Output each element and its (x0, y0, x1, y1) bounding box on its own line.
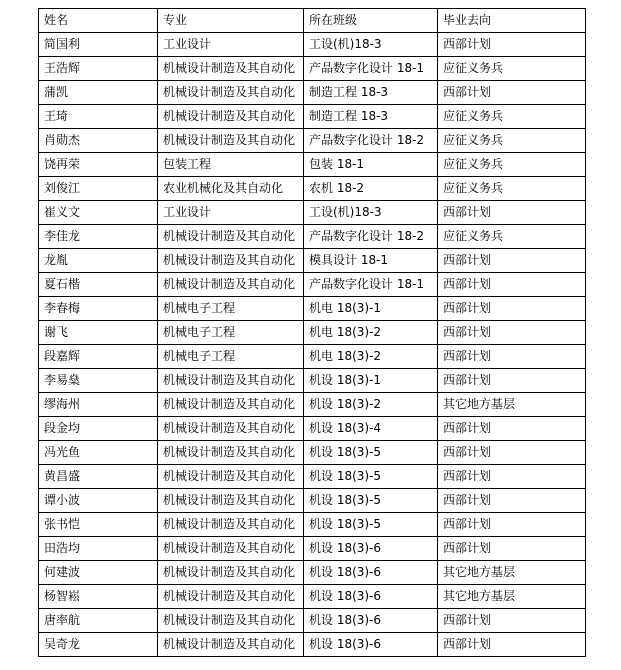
cell-class: 农机 18-2 (304, 177, 438, 201)
cell-destination: 西部计划 (438, 33, 586, 57)
graduate-destination-table: 姓名 专业 所在班级 毕业去向 简国利工业设计工设(机)18-3西部计划王浩辉机… (38, 8, 586, 657)
table-row: 李佳龙机械设计制造及其自动化产品数字化设计 18-2应征义务兵 (39, 225, 586, 249)
table-row: 唐率航机械设计制造及其自动化机设 18(3)-6西部计划 (39, 609, 586, 633)
cell-name: 段金均 (39, 417, 158, 441)
cell-major: 农业机械化及其自动化 (158, 177, 304, 201)
table-row: 吴奇龙机械设计制造及其自动化机设 18(3)-6西部计划 (39, 633, 586, 657)
cell-class: 工设(机)18-3 (304, 33, 438, 57)
cell-destination: 西部计划 (438, 81, 586, 105)
cell-class: 产品数字化设计 18-1 (304, 57, 438, 81)
cell-class: 机设 18(3)-6 (304, 609, 438, 633)
cell-name: 夏石楷 (39, 273, 158, 297)
cell-major: 机械设计制造及其自动化 (158, 105, 304, 129)
table-row: 蒲凯机械设计制造及其自动化制造工程 18-3西部计划 (39, 81, 586, 105)
table-row: 田浩均机械设计制造及其自动化机设 18(3)-6西部计划 (39, 537, 586, 561)
cell-destination: 西部计划 (438, 249, 586, 273)
cell-name: 王琦 (39, 105, 158, 129)
cell-name: 饶再荣 (39, 153, 158, 177)
cell-class: 机设 18(3)-5 (304, 441, 438, 465)
cell-name: 缪海州 (39, 393, 158, 417)
cell-name: 李易燊 (39, 369, 158, 393)
cell-name: 李春梅 (39, 297, 158, 321)
cell-destination: 西部计划 (438, 489, 586, 513)
cell-class: 机设 18(3)-6 (304, 561, 438, 585)
cell-destination: 西部计划 (438, 273, 586, 297)
table-row: 简国利工业设计工设(机)18-3西部计划 (39, 33, 586, 57)
cell-major: 机械电子工程 (158, 297, 304, 321)
table-row: 崔义文工业设计工设(机)18-3西部计划 (39, 201, 586, 225)
cell-destination: 西部计划 (438, 633, 586, 657)
table-row: 谭小波机械设计制造及其自动化机设 18(3)-5西部计划 (39, 489, 586, 513)
cell-name: 王浩辉 (39, 57, 158, 81)
cell-class: 机设 18(3)-6 (304, 585, 438, 609)
table-row: 肖勋杰机械设计制造及其自动化产品数字化设计 18-2应征义务兵 (39, 129, 586, 153)
cell-class: 机设 18(3)-5 (304, 465, 438, 489)
cell-major: 机械设计制造及其自动化 (158, 249, 304, 273)
header-major: 专业 (158, 9, 304, 33)
cell-major: 工业设计 (158, 201, 304, 225)
cell-major: 机械设计制造及其自动化 (158, 273, 304, 297)
cell-destination: 应征义务兵 (438, 153, 586, 177)
cell-class: 机设 18(3)-2 (304, 393, 438, 417)
cell-destination: 其它地方基层 (438, 393, 586, 417)
cell-major: 机械电子工程 (158, 345, 304, 369)
cell-major: 机械设计制造及其自动化 (158, 513, 304, 537)
cell-destination: 西部计划 (438, 345, 586, 369)
cell-major: 机械设计制造及其自动化 (158, 489, 304, 513)
cell-name: 蒲凯 (39, 81, 158, 105)
cell-name: 谢飞 (39, 321, 158, 345)
cell-class: 工设(机)18-3 (304, 201, 438, 225)
cell-name: 杨智崧 (39, 585, 158, 609)
table-row: 王琦机械设计制造及其自动化制造工程 18-3应征义务兵 (39, 105, 586, 129)
cell-name: 段嘉辉 (39, 345, 158, 369)
cell-major: 机械设计制造及其自动化 (158, 129, 304, 153)
cell-name: 张书恺 (39, 513, 158, 537)
cell-destination: 其它地方基层 (438, 585, 586, 609)
cell-major: 机械设计制造及其自动化 (158, 417, 304, 441)
cell-destination: 西部计划 (438, 441, 586, 465)
table-row: 谢飞机械电子工程机电 18(3)-2西部计划 (39, 321, 586, 345)
cell-destination: 应征义务兵 (438, 177, 586, 201)
cell-major: 机械设计制造及其自动化 (158, 609, 304, 633)
header-class: 所在班级 (304, 9, 438, 33)
table-row: 王浩辉机械设计制造及其自动化产品数字化设计 18-1应征义务兵 (39, 57, 586, 81)
cell-class: 机设 18(3)-4 (304, 417, 438, 441)
header-destination: 毕业去向 (438, 9, 586, 33)
cell-destination: 西部计划 (438, 297, 586, 321)
cell-class: 机设 18(3)-6 (304, 633, 438, 657)
cell-name: 唐率航 (39, 609, 158, 633)
cell-major: 机械设计制造及其自动化 (158, 537, 304, 561)
cell-destination: 西部计划 (438, 465, 586, 489)
cell-destination: 西部计划 (438, 513, 586, 537)
cell-major: 包装工程 (158, 153, 304, 177)
cell-name: 冯光鱼 (39, 441, 158, 465)
table-row: 段金均机械设计制造及其自动化机设 18(3)-4西部计划 (39, 417, 586, 441)
cell-destination: 其它地方基层 (438, 561, 586, 585)
cell-class: 制造工程 18-3 (304, 105, 438, 129)
cell-class: 机电 18(3)-2 (304, 345, 438, 369)
cell-name: 崔义文 (39, 201, 158, 225)
cell-destination: 应征义务兵 (438, 57, 586, 81)
cell-class: 机设 18(3)-6 (304, 537, 438, 561)
header-name: 姓名 (39, 9, 158, 33)
cell-destination: 西部计划 (438, 321, 586, 345)
table-row: 黄昌盛机械设计制造及其自动化机设 18(3)-5西部计划 (39, 465, 586, 489)
cell-destination: 西部计划 (438, 417, 586, 441)
cell-class: 机设 18(3)-5 (304, 513, 438, 537)
cell-destination: 应征义务兵 (438, 105, 586, 129)
table-row: 龙胤机械设计制造及其自动化模具设计 18-1西部计划 (39, 249, 586, 273)
table-row: 饶再荣包装工程包装 18-1应征义务兵 (39, 153, 586, 177)
cell-name: 李佳龙 (39, 225, 158, 249)
table-row: 张书恺机械设计制造及其自动化机设 18(3)-5西部计划 (39, 513, 586, 537)
cell-name: 谭小波 (39, 489, 158, 513)
cell-destination: 应征义务兵 (438, 129, 586, 153)
graduate-destination-table-container: 姓名 专业 所在班级 毕业去向 简国利工业设计工设(机)18-3西部计划王浩辉机… (38, 8, 586, 657)
cell-name: 龙胤 (39, 249, 158, 273)
cell-destination: 西部计划 (438, 369, 586, 393)
table-row: 夏石楷机械设计制造及其自动化产品数字化设计 18-1西部计划 (39, 273, 586, 297)
cell-class: 机设 18(3)-1 (304, 369, 438, 393)
cell-class: 产品数字化设计 18-1 (304, 273, 438, 297)
cell-major: 工业设计 (158, 33, 304, 57)
cell-major: 机械设计制造及其自动化 (158, 585, 304, 609)
cell-class: 模具设计 18-1 (304, 249, 438, 273)
table-row: 刘俊江农业机械化及其自动化农机 18-2应征义务兵 (39, 177, 586, 201)
cell-class: 产品数字化设计 18-2 (304, 129, 438, 153)
cell-major: 机械设计制造及其自动化 (158, 81, 304, 105)
cell-name: 肖勋杰 (39, 129, 158, 153)
cell-name: 简国利 (39, 33, 158, 57)
cell-major: 机械设计制造及其自动化 (158, 57, 304, 81)
cell-major: 机械设计制造及其自动化 (158, 369, 304, 393)
table-row: 杨智崧机械设计制造及其自动化机设 18(3)-6其它地方基层 (39, 585, 586, 609)
cell-class: 机设 18(3)-5 (304, 489, 438, 513)
table-row: 李易燊机械设计制造及其自动化机设 18(3)-1西部计划 (39, 369, 586, 393)
cell-destination: 西部计划 (438, 537, 586, 561)
cell-major: 机械设计制造及其自动化 (158, 225, 304, 249)
cell-name: 刘俊江 (39, 177, 158, 201)
cell-name: 何建波 (39, 561, 158, 585)
cell-class: 制造工程 18-3 (304, 81, 438, 105)
cell-class: 机电 18(3)-1 (304, 297, 438, 321)
cell-name: 吴奇龙 (39, 633, 158, 657)
cell-name: 黄昌盛 (39, 465, 158, 489)
table-row: 冯光鱼机械设计制造及其自动化机设 18(3)-5西部计划 (39, 441, 586, 465)
cell-major: 机械设计制造及其自动化 (158, 561, 304, 585)
cell-major: 机械设计制造及其自动化 (158, 441, 304, 465)
cell-major: 机械设计制造及其自动化 (158, 393, 304, 417)
cell-destination: 西部计划 (438, 609, 586, 633)
table-row: 段嘉辉机械电子工程机电 18(3)-2西部计划 (39, 345, 586, 369)
cell-class: 产品数字化设计 18-2 (304, 225, 438, 249)
cell-major: 机械设计制造及其自动化 (158, 465, 304, 489)
table-row: 缪海州机械设计制造及其自动化机设 18(3)-2其它地方基层 (39, 393, 586, 417)
cell-major: 机械电子工程 (158, 321, 304, 345)
cell-name: 田浩均 (39, 537, 158, 561)
cell-class: 包装 18-1 (304, 153, 438, 177)
cell-class: 机电 18(3)-2 (304, 321, 438, 345)
cell-destination: 应征义务兵 (438, 225, 586, 249)
table-row: 李春梅机械电子工程机电 18(3)-1西部计划 (39, 297, 586, 321)
header-row: 姓名 专业 所在班级 毕业去向 (39, 9, 586, 33)
table-row: 何建波机械设计制造及其自动化机设 18(3)-6其它地方基层 (39, 561, 586, 585)
cell-destination: 西部计划 (438, 201, 586, 225)
cell-major: 机械设计制造及其自动化 (158, 633, 304, 657)
